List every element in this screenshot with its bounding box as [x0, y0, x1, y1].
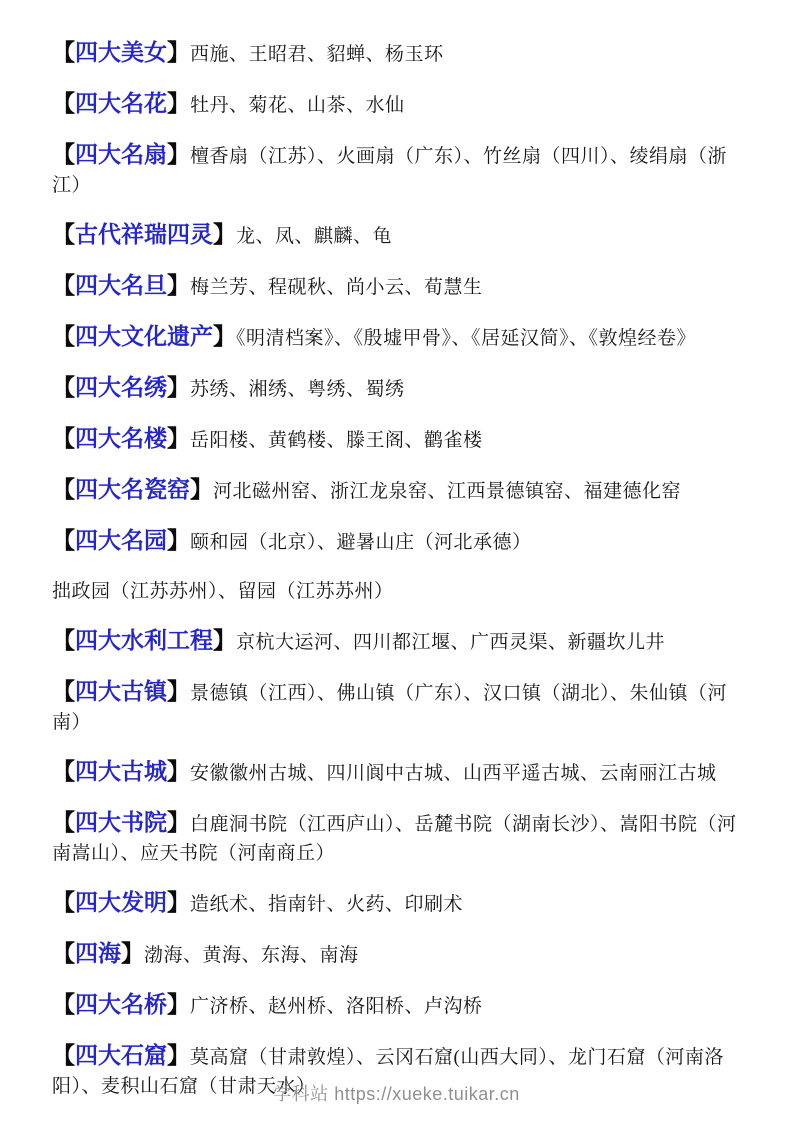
list-item: 【古代祥瑞四灵】龙、凤、麒麟、龟 [52, 220, 747, 251]
bracket-open-mark: 【 [52, 273, 75, 298]
entry-title: 【四大名扇】 [52, 142, 190, 167]
list-item: 【四大名瓷窑】河北磁州窑、浙江龙泉窑、江西景德镇窑、福建德化窑 [52, 475, 747, 506]
entry-title-text: 四大名花 [75, 91, 167, 116]
footer-text: 学科站 https://xueke.tuikar.cn [273, 1084, 520, 1104]
bracket-open-mark: 【 [52, 992, 75, 1017]
entry-body: 苏绣、湘绣、粤绣、蜀绣 [190, 379, 405, 400]
bracket-close-mark: 】 [213, 628, 236, 653]
list-item: 【四大美女】西施、王昭君、貂蝉、杨玉环 [52, 38, 747, 69]
bracket-open-mark: 【 [52, 426, 75, 451]
bracket-close-mark: 】 [167, 992, 190, 1017]
list-item: 【四大名绣】苏绣、湘绣、粤绣、蜀绣 [52, 373, 747, 404]
entry-title: 【四大古城】 [52, 759, 190, 784]
bracket-open-mark: 【 [52, 810, 75, 835]
bracket-open-mark: 【 [52, 324, 75, 349]
entry-title-text: 四大书院 [75, 810, 167, 835]
bracket-close-mark: 】 [213, 222, 236, 247]
bracket-close-mark: 】 [167, 810, 190, 835]
entry-title-text: 古代祥瑞四灵 [75, 222, 213, 247]
entry-body: 牡丹、菊花、山茶、水仙 [190, 95, 405, 116]
bracket-open-mark: 【 [52, 1043, 75, 1068]
entry-body: 广济桥、赵州桥、洛阳桥、卢沟桥 [190, 996, 483, 1017]
footer-watermark: 学科站 https://xueke.tuikar.cn [0, 1080, 793, 1106]
entry-title-text: 四大名绣 [75, 375, 167, 400]
entry-title-text: 四大水利工程 [75, 628, 213, 653]
entry-title-text: 四大石窟 [75, 1043, 167, 1068]
entry-title: 【四大名园】 [52, 528, 190, 553]
bracket-close-mark: 】 [167, 679, 190, 704]
entry-title: 【古代祥瑞四灵】 [52, 222, 236, 247]
entry-title-text: 四大古镇 [75, 679, 167, 704]
entry-title: 【四大水利工程】 [52, 628, 236, 653]
entry-title-text: 四大文化遗产 [75, 324, 213, 349]
entry-title: 【四大名瓷窑】 [52, 477, 213, 502]
bracket-open-mark: 【 [52, 941, 75, 966]
bracket-close-mark: 】 [213, 324, 236, 349]
bracket-close-mark: 】 [167, 40, 190, 65]
bracket-open-mark: 【 [52, 375, 75, 400]
entry-body: 西施、王昭君、貂蝉、杨玉环 [190, 44, 444, 65]
bracket-open-mark: 【 [52, 222, 75, 247]
entry-body: 造纸术、指南针、火药、印刷术 [190, 894, 463, 915]
list-item-continuation: 拙政园（江苏苏州）、留园（江苏苏州） [52, 577, 747, 606]
entry-body: 《明清档案》、《殷墟甲骨》、《居延汉简》、《敦煌经卷》 [236, 328, 696, 349]
entry-title: 【四大名旦】 [52, 273, 190, 298]
bracket-close-mark: 】 [167, 142, 190, 167]
bracket-open-mark: 【 [52, 142, 75, 167]
bracket-open-mark: 【 [52, 528, 75, 553]
entry-title-text: 四大发明 [75, 890, 167, 915]
entry-title: 【四大石窟】 [52, 1043, 190, 1068]
list-item: 【四大水利工程】京杭大运河、四川都江堰、广西灵渠、新疆坎儿井 [52, 626, 747, 657]
entry-title: 【四大文化遗产】 [52, 324, 236, 349]
list-item: 【四大名园】颐和园（北京）、避暑山庄（河北承德） [52, 526, 747, 557]
bracket-close-mark: 】 [167, 273, 190, 298]
list-item: 【四大古镇】景德镇（江西）、佛山镇（广东）、汉口镇（湖北）、朱仙镇（河南） [52, 677, 747, 737]
list-item: 【四大名桥】广济桥、赵州桥、洛阳桥、卢沟桥 [52, 990, 747, 1021]
entry-title: 【四海】 [52, 941, 144, 966]
entry-title-text: 四大名旦 [75, 273, 167, 298]
entry-title-text: 四大名园 [75, 528, 167, 553]
entry-body: 梅兰芳、程砚秋、尚小云、荀慧生 [190, 277, 483, 298]
bracket-open-mark: 【 [52, 40, 75, 65]
list-item: 【四海】渤海、黄海、东海、南海 [52, 939, 747, 970]
bracket-open-mark: 【 [52, 890, 75, 915]
entry-title-text: 四大名扇 [75, 142, 167, 167]
entry-title: 【四大古镇】 [52, 679, 190, 704]
entry-title-text: 四大名桥 [75, 992, 167, 1017]
entry-title-text: 四大名瓷窑 [75, 477, 190, 502]
entry-title: 【四大名花】 [52, 91, 190, 116]
list-item: 【四大名花】牡丹、菊花、山茶、水仙 [52, 89, 747, 120]
list-item: 【四大发明】造纸术、指南针、火药、印刷术 [52, 888, 747, 919]
list-item: 【四大名旦】梅兰芳、程砚秋、尚小云、荀慧生 [52, 271, 747, 302]
list-item: 【四大文化遗产】《明清档案》、《殷墟甲骨》、《居延汉简》、《敦煌经卷》 [52, 322, 747, 353]
document-page: 【四大美女】西施、王昭君、貂蝉、杨玉环 【四大名花】牡丹、菊花、山茶、水仙 【四… [0, 0, 793, 1122]
list-item: 【四大古城】安徽徽州古城、四川阆中古城、山西平遥古城、云南丽江古城 [52, 757, 747, 788]
bracket-close-mark: 】 [121, 941, 144, 966]
list-item: 【四大书院】白鹿洞书院（江西庐山）、岳麓书院（湖南长沙）、嵩阳书院（河南嵩山）、… [52, 808, 747, 868]
entry-title: 【四大发明】 [52, 890, 190, 915]
entry-title-text: 四大美女 [75, 40, 167, 65]
list-item: 【四大名扇】檀香扇（江苏）、火画扇（广东）、竹丝扇（四川）、绫绢扇（浙江） [52, 140, 747, 200]
bracket-open-mark: 【 [52, 759, 75, 784]
bracket-close-mark: 】 [167, 890, 190, 915]
bracket-close-mark: 】 [167, 91, 190, 116]
bracket-open-mark: 【 [52, 628, 75, 653]
entry-title: 【四大名楼】 [52, 426, 190, 451]
bracket-close-mark: 】 [167, 375, 190, 400]
bracket-open-mark: 【 [52, 477, 75, 502]
entry-body: 河北磁州窑、浙江龙泉窑、江西景德镇窑、福建德化窑 [213, 481, 681, 502]
entry-body: 渤海、黄海、东海、南海 [144, 945, 359, 966]
entry-title-text: 四大古城 [75, 759, 167, 784]
bracket-open-mark: 【 [52, 679, 75, 704]
entry-title-text: 四大名楼 [75, 426, 167, 451]
entry-title: 【四大美女】 [52, 40, 190, 65]
bracket-close-mark: 】 [167, 759, 190, 784]
entry-title: 【四大名绣】 [52, 375, 190, 400]
entry-title: 【四大书院】 [52, 810, 190, 835]
entry-body: 颐和园（北京）、避暑山庄（河北承德） [190, 532, 532, 553]
entry-body: 龙、凤、麒麟、龟 [236, 226, 392, 247]
bracket-close-mark: 】 [167, 1043, 190, 1068]
bracket-close-mark: 】 [190, 477, 213, 502]
bracket-close-mark: 】 [167, 528, 190, 553]
bracket-open-mark: 【 [52, 91, 75, 116]
entry-body: 岳阳楼、黄鹤楼、滕王阁、鹳雀楼 [190, 430, 483, 451]
entry-body: 安徽徽州古城、四川阆中古城、山西平遥古城、云南丽江古城 [190, 763, 717, 784]
entry-title: 【四大名桥】 [52, 992, 190, 1017]
entry-title-text: 四海 [75, 941, 121, 966]
bracket-close-mark: 】 [167, 426, 190, 451]
entry-body: 京杭大运河、四川都江堰、广西灵渠、新疆坎儿井 [236, 632, 665, 653]
entry-body: 拙政园（江苏苏州）、留园（江苏苏州） [52, 581, 394, 602]
list-item: 【四大名楼】岳阳楼、黄鹤楼、滕王阁、鹳雀楼 [52, 424, 747, 455]
